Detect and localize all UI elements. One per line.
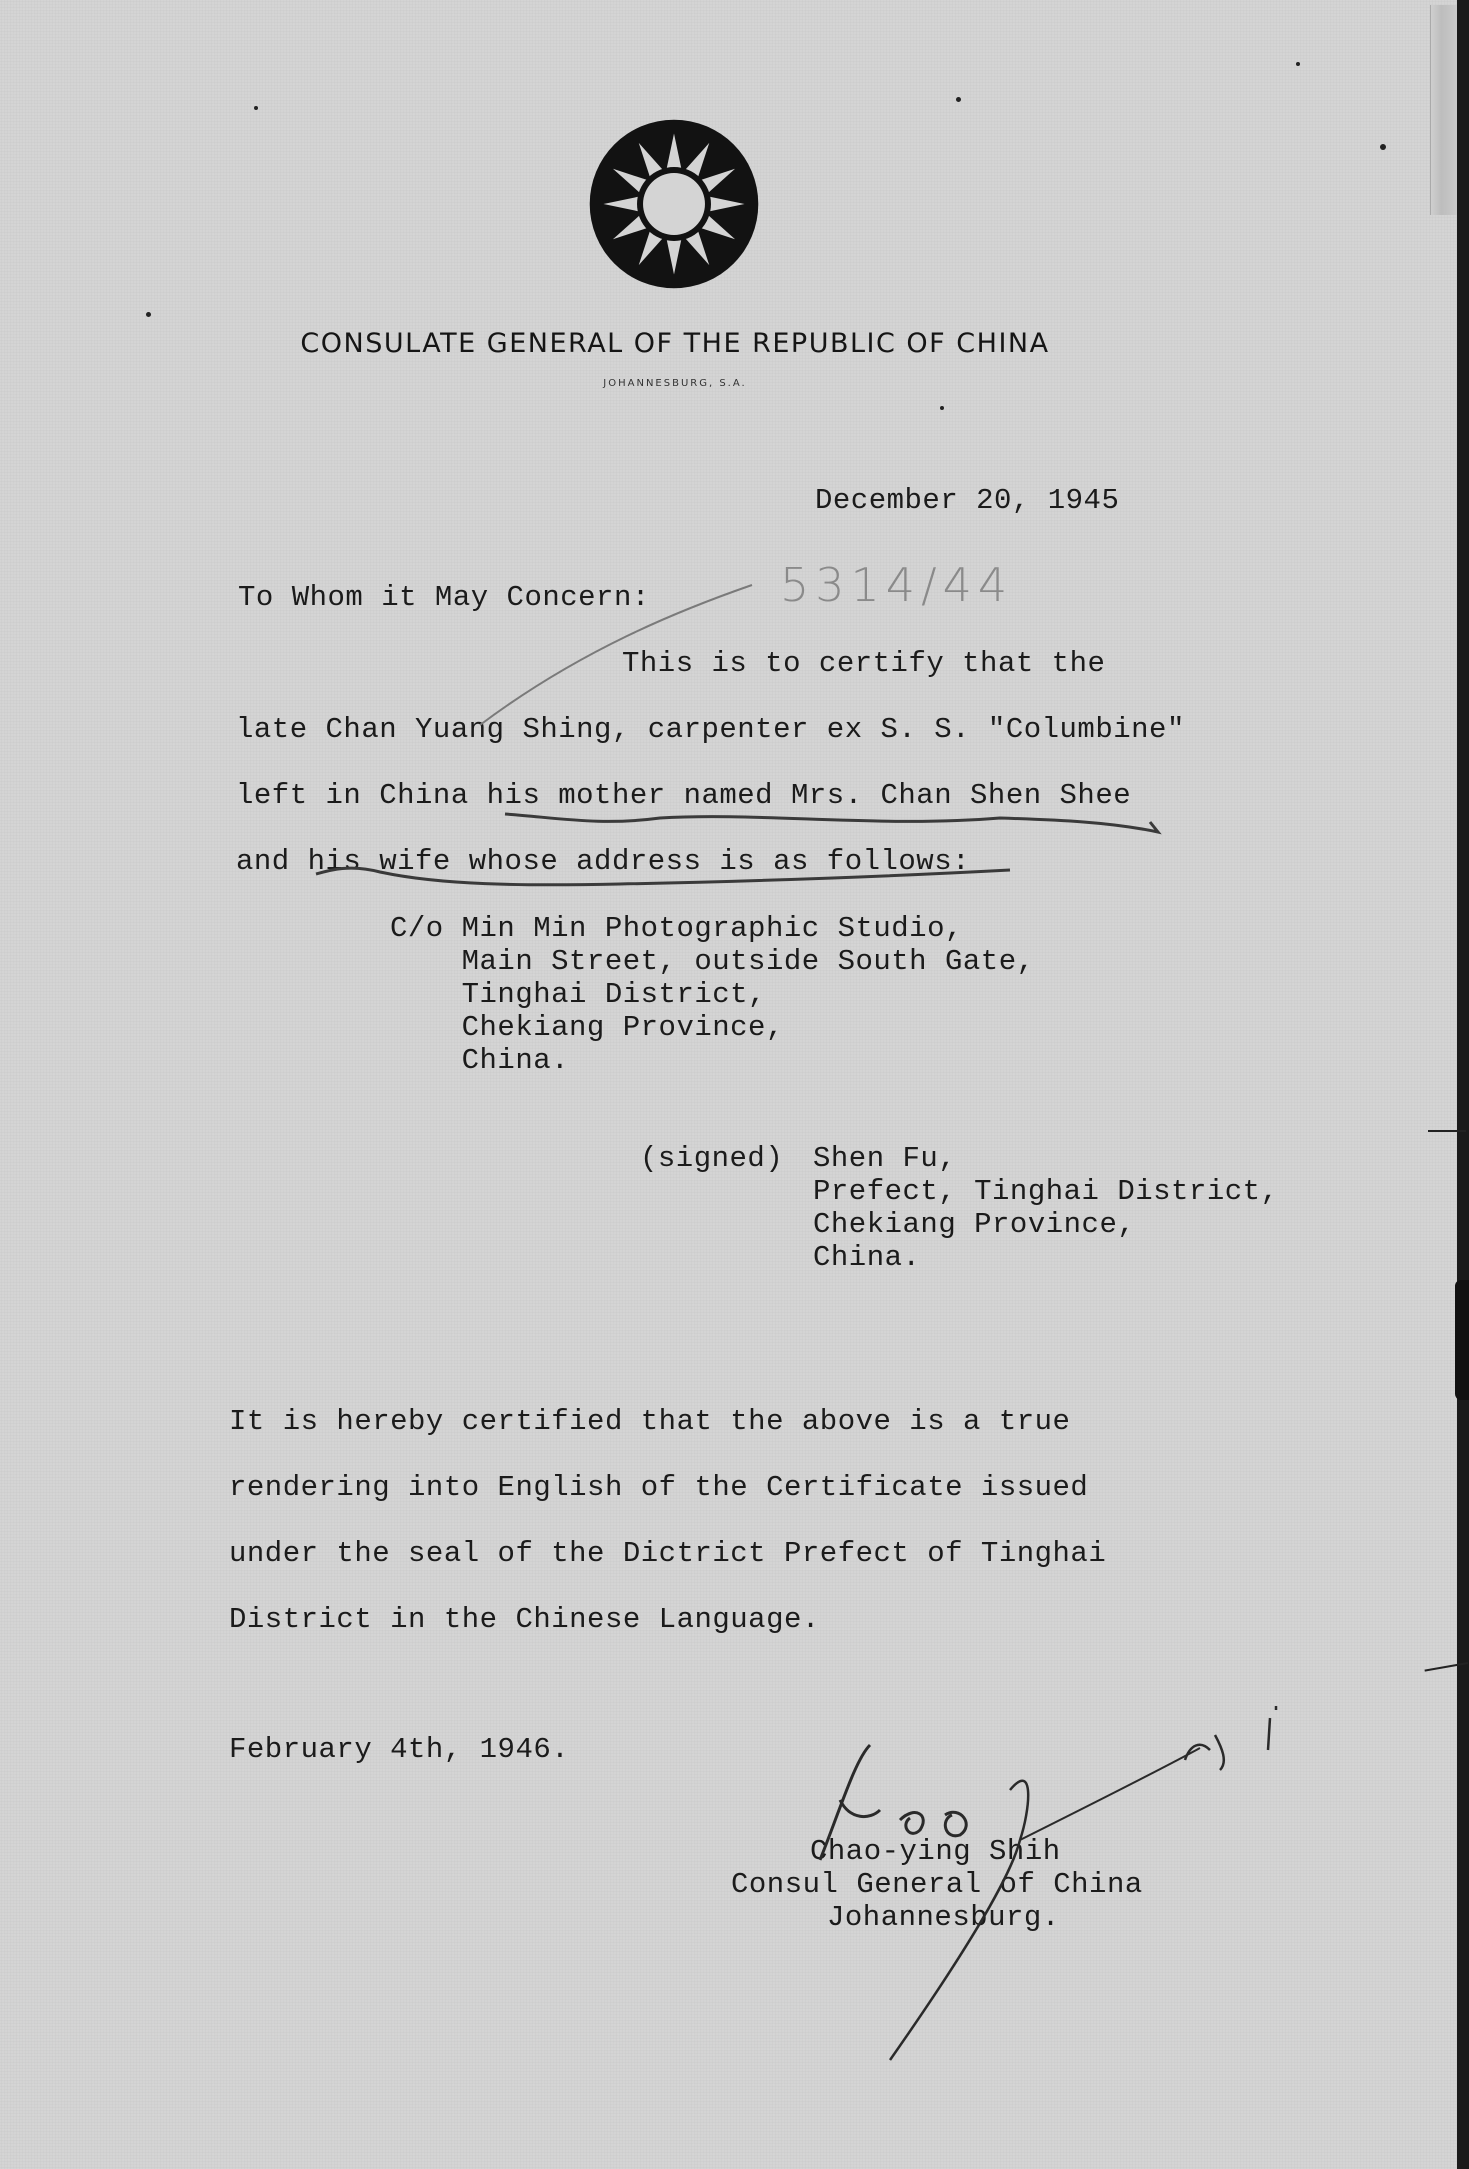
body-line: left in China his mother named Mrs. Chan… <box>236 779 1131 812</box>
letterhead-city: JOHANNESBURG, S.A. <box>0 378 1350 389</box>
signatory-title: Consul General of China <box>731 1868 1143 1901</box>
signatory-location: Johannesburg. <box>827 1901 1060 1934</box>
address-line: C/o Min Min Photographic Studio, <box>390 912 963 945</box>
signed-label: (signed) <box>640 1142 783 1175</box>
body-line: and his wife whose address is as follows… <box>236 845 970 878</box>
certification-line: under the seal of the Dictrict Prefect o… <box>229 1537 1106 1570</box>
body-line: late Chan Yuang Shing, carpenter ex S. S… <box>236 713 1185 746</box>
ink-speck <box>1296 62 1300 66</box>
body-line: This is to certify that the <box>622 647 1105 680</box>
salutation: To Whom it May Concern: <box>238 581 650 614</box>
letterhead-title: CONSULATE GENERAL OF THE REPUBLIC OF CHI… <box>0 328 1350 359</box>
signed-line: Chekiang Province, <box>813 1208 1135 1241</box>
address-line: China. <box>390 1044 569 1077</box>
scan-background-edge <box>1457 0 1469 2169</box>
signed-line: Prefect, Tinghai District, <box>813 1175 1278 1208</box>
certification-date: February 4th, 1946. <box>229 1733 569 1766</box>
address-line: Chekiang Province, <box>390 1011 784 1044</box>
signed-line: Shen Fu, <box>813 1142 956 1175</box>
signatory-name: Chao-ying Shih <box>810 1835 1061 1868</box>
torn-edge <box>1455 1280 1469 1400</box>
white-sun-emblem-icon <box>588 118 760 290</box>
certification-line: It is hereby certified that the above is… <box>229 1405 1070 1438</box>
edge-tear-mark <box>1428 1130 1466 1132</box>
ink-speck <box>940 406 944 410</box>
address-line: Tinghai District, <box>390 978 766 1011</box>
letter-date: December 20, 1945 <box>815 484 1119 517</box>
certification-line: rendering into English of the Certificat… <box>229 1471 1088 1504</box>
ink-speck <box>146 312 151 317</box>
folded-edge-strip <box>1430 5 1457 215</box>
ink-speck <box>956 97 961 102</box>
address-line: Main Street, outside South Gate, <box>390 945 1035 978</box>
document-page <box>0 0 1462 2169</box>
ink-speck <box>1380 144 1386 150</box>
handwritten-reference-number: 5314/44 <box>780 558 1013 612</box>
signed-line: China. <box>813 1241 920 1274</box>
ink-speck <box>254 106 258 110</box>
certification-line: District in the Chinese Language. <box>229 1603 820 1636</box>
